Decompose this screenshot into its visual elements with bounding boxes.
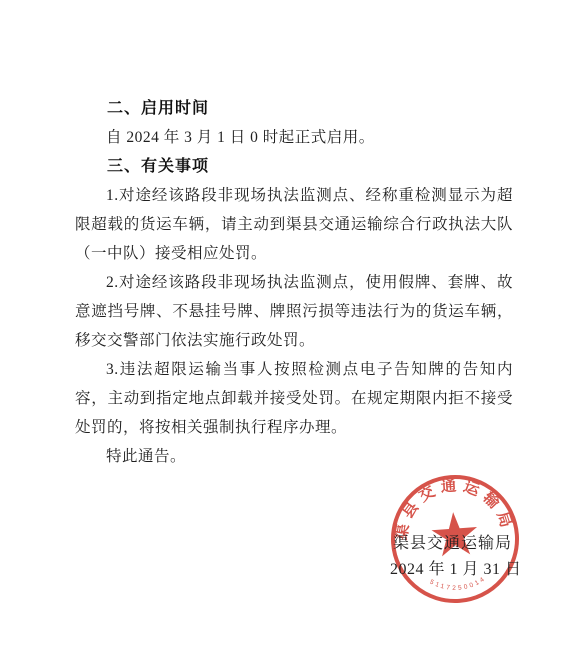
paragraph-item-2: 2.对途经该路段非现场执法监测点，使用假牌、套牌、故意遮挡号牌、不悬挂号牌、牌照… xyxy=(75,268,513,355)
paragraph-closing: 特此通告。 xyxy=(75,442,513,471)
paragraph-item-1: 1.对途经该路段非现场执法监测点、经称重检测显示为超限超载的货运车辆，请主动到渠… xyxy=(75,181,513,268)
issue-date: 2024 年 1 月 31 日 xyxy=(390,559,522,581)
seal-ring-text: 渠县交通运输局 xyxy=(387,472,517,543)
notice-body: 二、启用时间 自 2024 年 3 月 1 日 0 时起正式启用。 三、有关事项… xyxy=(75,94,513,471)
paragraph-item-3: 3.违法超限运输当事人按照检测点电子告知牌的告知内容，主动到指定地点卸载并接受处… xyxy=(75,355,513,442)
section-heading-related-matters: 三、有关事项 xyxy=(75,152,513,181)
section-heading-activation-time: 二、启用时间 xyxy=(75,94,513,123)
issuer-name: 渠县交通运输局 xyxy=(393,533,512,555)
paragraph-effective-date: 自 2024 年 3 月 1 日 0 时起正式启用。 xyxy=(75,123,513,152)
notice-document-page: 二、启用时间 自 2024 年 3 月 1 日 0 时起正式启用。 三、有关事项… xyxy=(0,0,583,651)
